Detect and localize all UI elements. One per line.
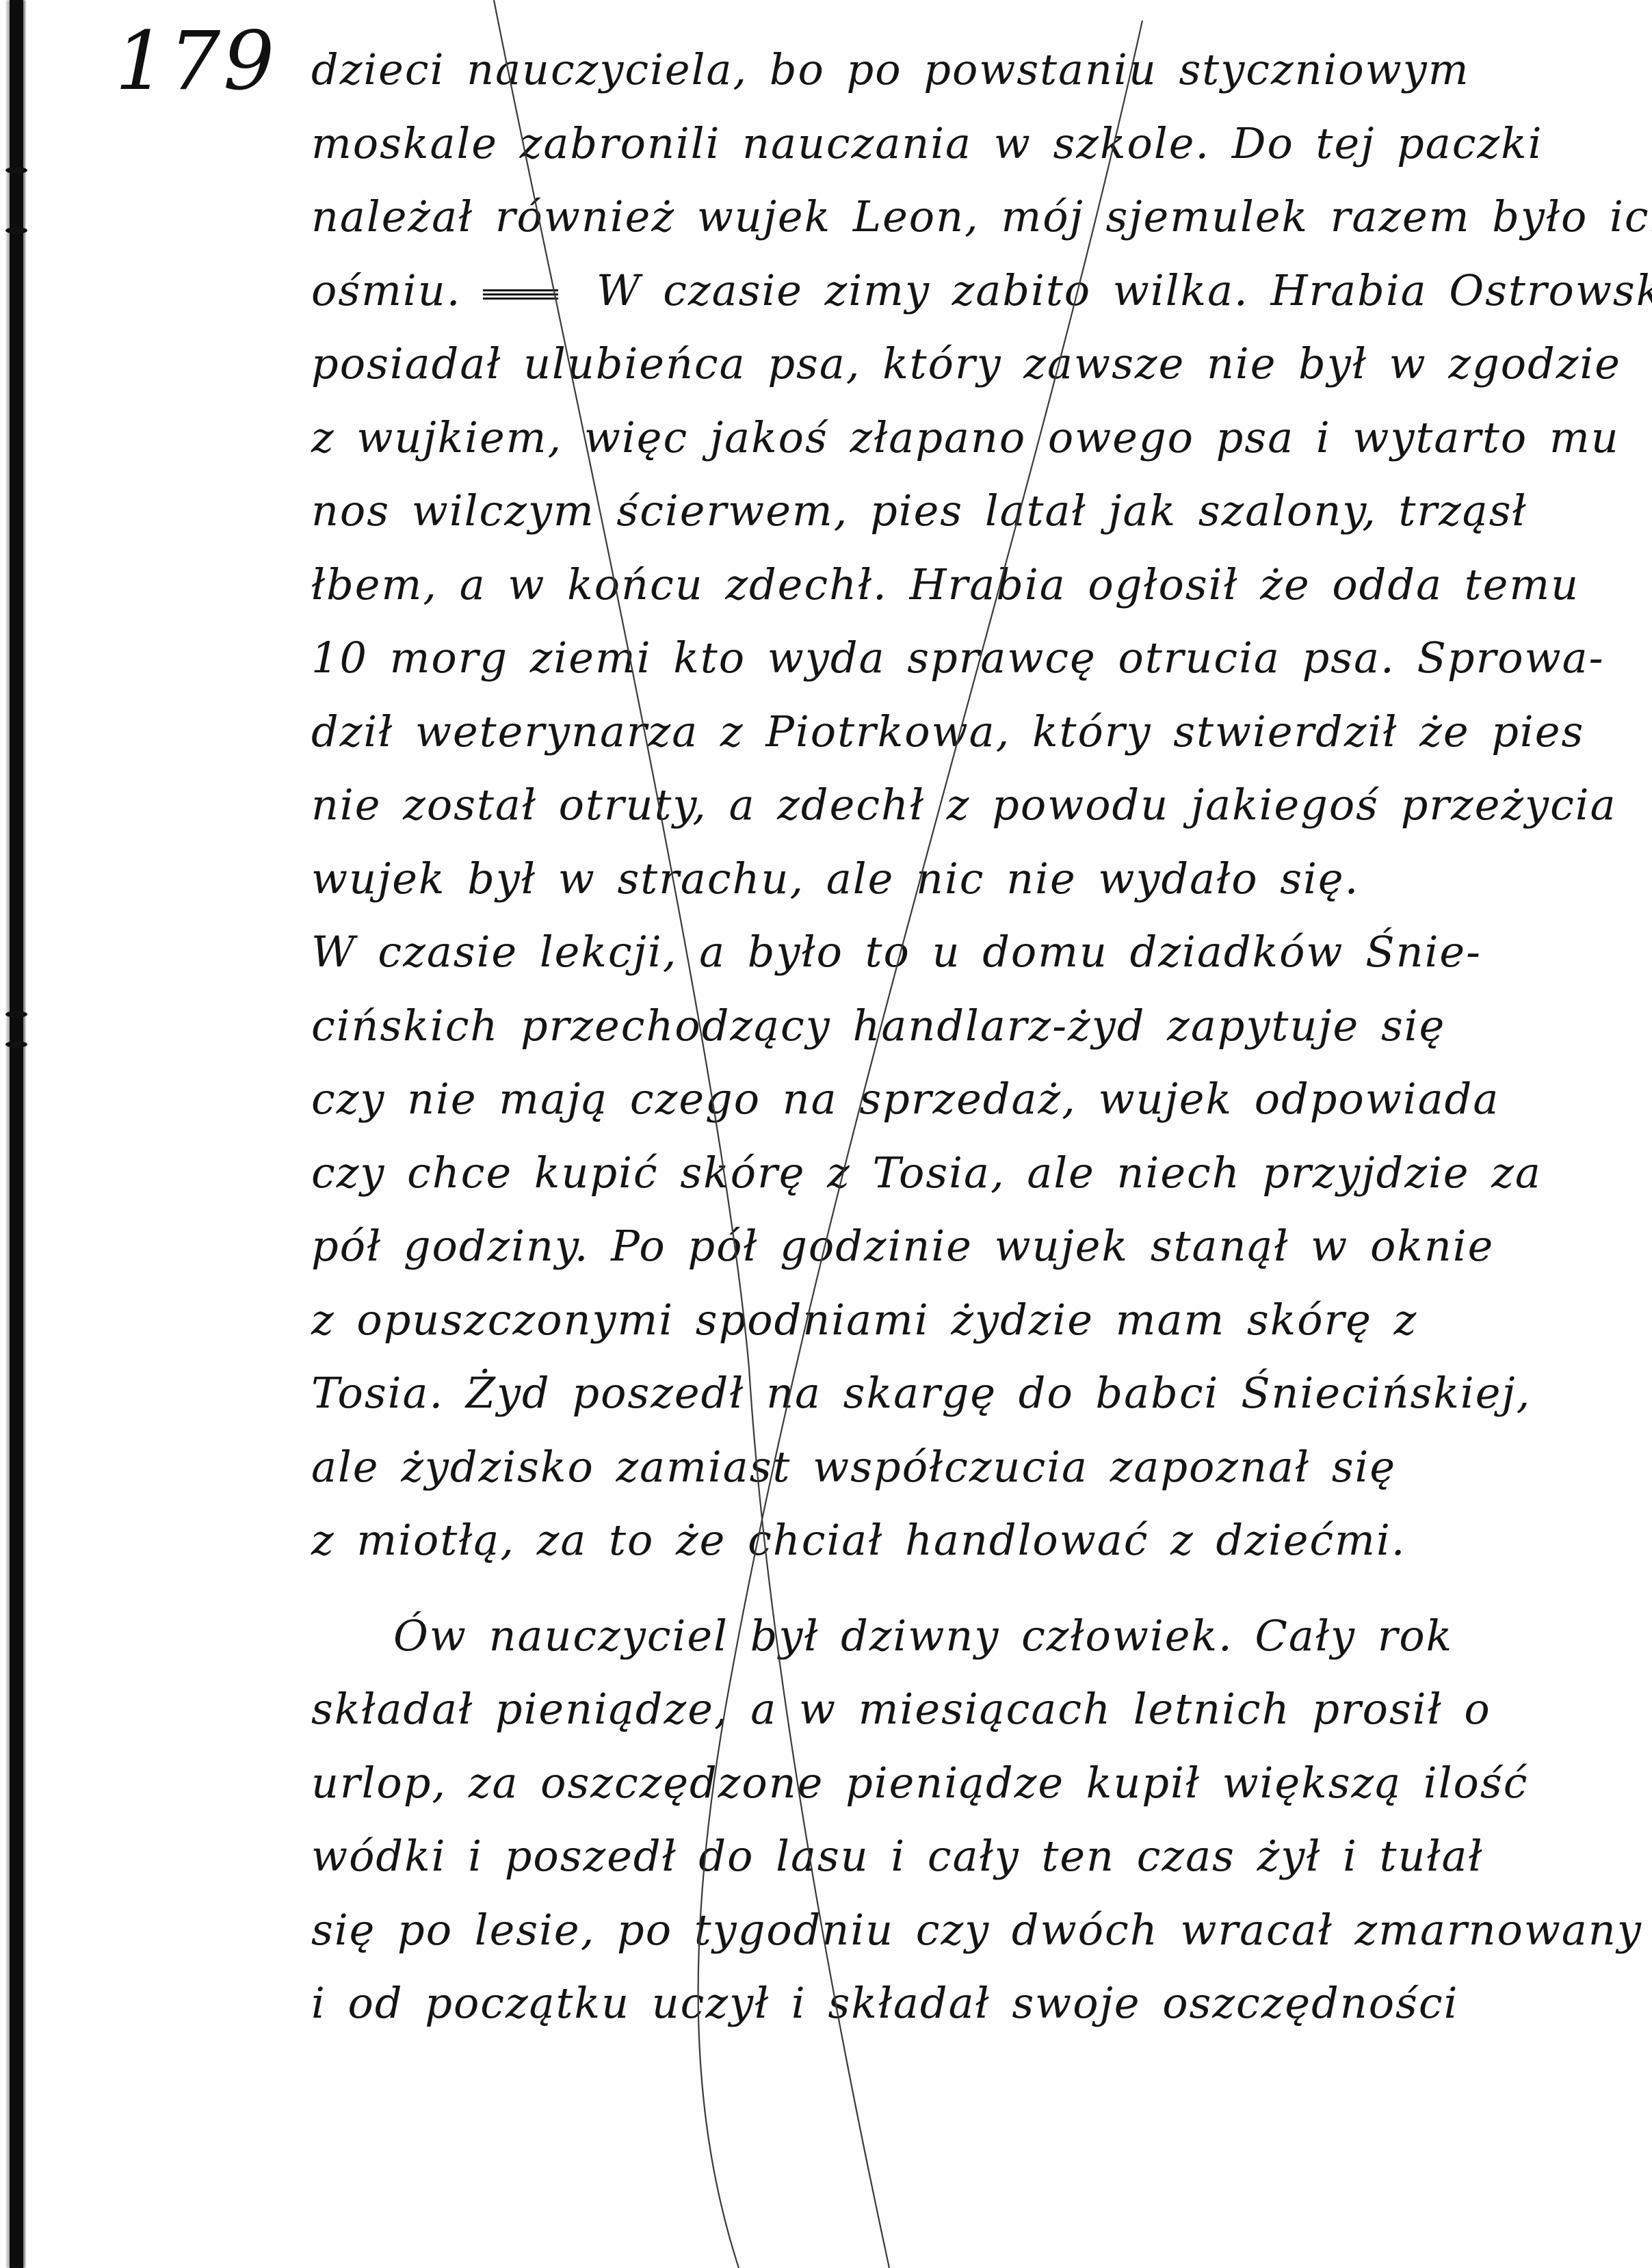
text-line: posiadał ulubieńca psa, który zawsze nie… bbox=[311, 327, 1597, 401]
text-line: łbem, a w końcu zdechł. Hrabia ogłosił ż… bbox=[311, 548, 1597, 622]
text-line: wódki i poszedł do lasu i cały ten czas … bbox=[311, 1819, 1597, 1893]
binding-mark bbox=[5, 227, 27, 234]
handwritten-text: dzieci nauczyciela, bo po powstaniu styc… bbox=[311, 33, 1597, 2040]
text-line: składał pieniądze, a w miesiącach letnic… bbox=[311, 1672, 1597, 1746]
text-fragment: ośmiu. bbox=[311, 265, 461, 315]
text-line: W czasie lekcji, a było to u domu dziadk… bbox=[311, 915, 1597, 989]
text-line: 10 morg ziemi kto wyda sprawcę otrucia p… bbox=[311, 621, 1597, 695]
binding-mark bbox=[5, 167, 27, 174]
text-line: z opuszczonymi spodniami żydzie mam skór… bbox=[311, 1283, 1597, 1357]
text-fragment: W czasie zimy zabito wilka. Hrabia Ostro… bbox=[596, 265, 1652, 315]
text-line: nie został otruty, a zdechł z powodu jak… bbox=[311, 768, 1597, 842]
text-line: cińskich przechodzący handlarz-żyd zapyt… bbox=[311, 989, 1597, 1063]
text-line: czy nie mają czego na sprzedaż, wujek od… bbox=[311, 1062, 1597, 1136]
text-line: urlop, za oszczędzone pieniądze kupił wi… bbox=[311, 1746, 1597, 1820]
binding-mark bbox=[5, 1041, 27, 1048]
text-line: należał również wujek Leon, mój sjemulek… bbox=[311, 180, 1597, 254]
text-line: dził weterynarza z Piotrkowa, który stwi… bbox=[311, 695, 1597, 769]
text-line-with-strikeout: ośmiu. W czasie zimy zabito wilka. Hrabi… bbox=[311, 254, 1597, 328]
text-line: Tosia. Żyd poszedł na skargę do babci Śn… bbox=[311, 1356, 1597, 1430]
text-line: moskale zabronili nauczania w szkole. Do… bbox=[311, 107, 1597, 181]
paragraph-start-line: Ów nauczyciel był dziwny człowiek. Cały … bbox=[311, 1599, 1597, 1673]
binding-mark bbox=[5, 1011, 27, 1018]
text-line: dzieci nauczyciela, bo po powstaniu styc… bbox=[311, 33, 1597, 107]
struck-out-word bbox=[483, 283, 558, 304]
manuscript-page: 179 dzieci nauczyciela, bo po powstaniu … bbox=[0, 0, 1652, 2268]
text-line: ale żydzisko zamiast współczucia zapozna… bbox=[311, 1430, 1597, 1504]
page-number: 179 bbox=[115, 21, 277, 101]
text-line: nos wilczym ścierwem, pies latał jak sza… bbox=[311, 474, 1597, 548]
text-line: czy chce kupić skórę z Tosia, ale niech … bbox=[311, 1136, 1597, 1210]
text-line: z wujkiem, więc jakoś złapano owego psa … bbox=[311, 401, 1597, 475]
text-line: i od początku uczył i składał swoje oszc… bbox=[311, 1966, 1597, 2040]
text-line: pół godziny. Po pół godzinie wujek staną… bbox=[311, 1209, 1597, 1283]
left-binding-bar bbox=[10, 0, 23, 2268]
text-line: się po lesie, po tygodniu czy dwóch wrac… bbox=[311, 1893, 1597, 1967]
text-line: z miotłą, za to że chciał handlować z dz… bbox=[311, 1503, 1597, 1577]
text-line: wujek był w strachu, ale nic nie wydało … bbox=[311, 842, 1597, 916]
